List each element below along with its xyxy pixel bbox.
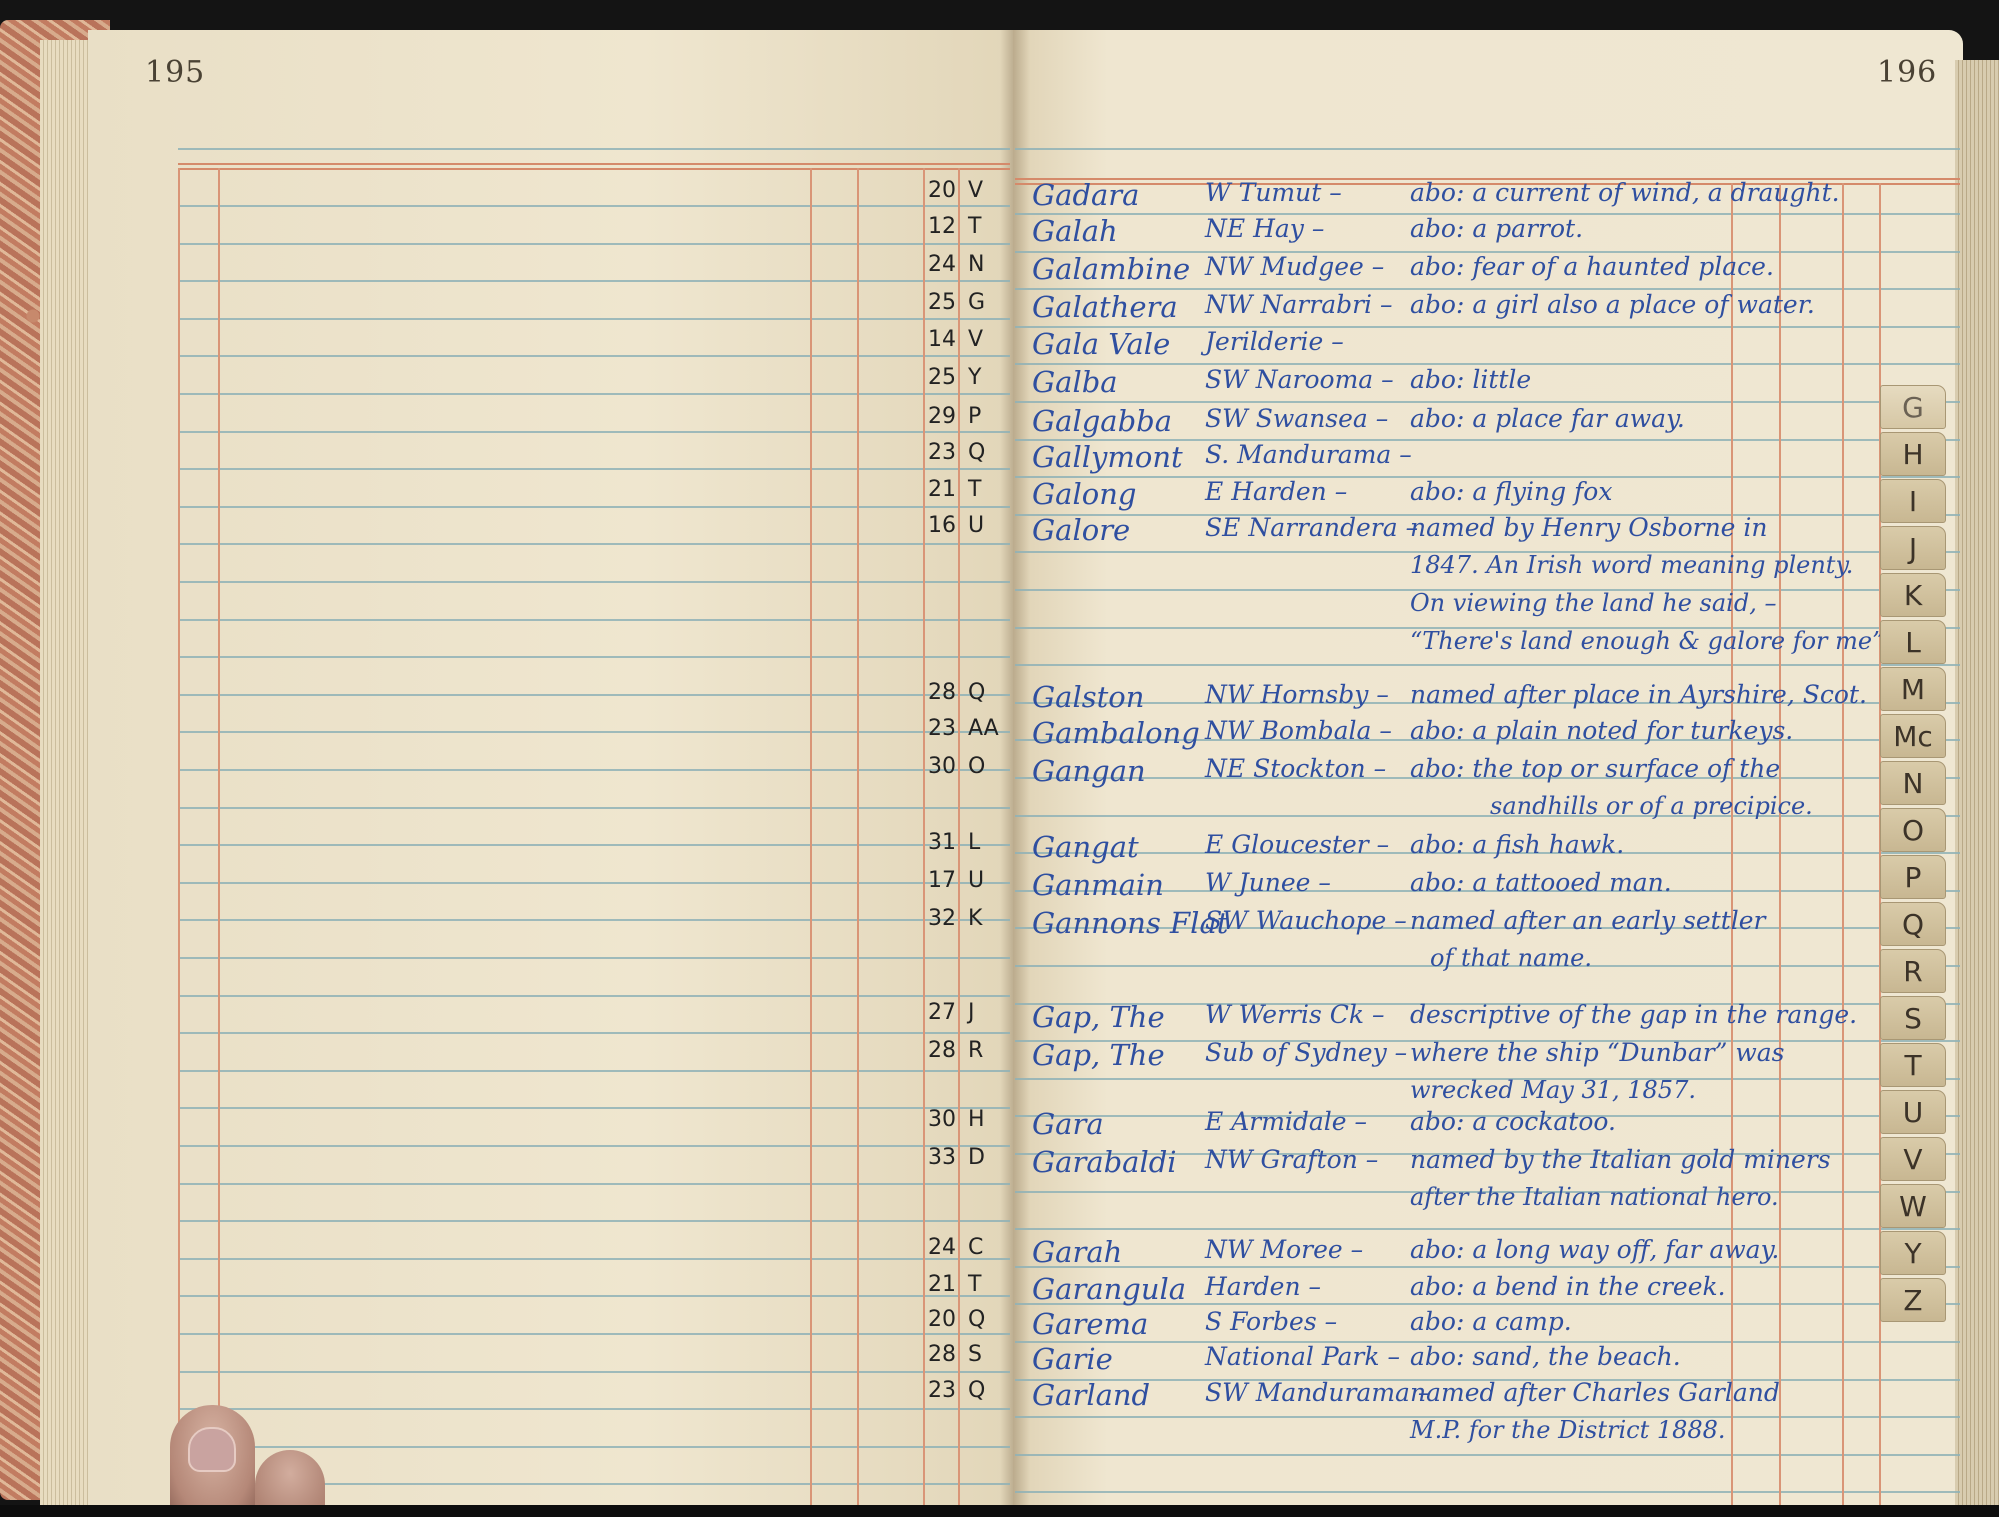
place-meaning: where the ship “Dunbar” was <box>1410 1038 1785 1067</box>
meaning-continuation: 1847. An Irish word meaning plenty. <box>1410 551 1853 579</box>
ruled-line-left <box>178 581 1010 583</box>
right-page-number: 196 <box>1877 55 1937 90</box>
ruled-line-left <box>178 1446 1010 1448</box>
thumbnail-nail <box>188 1427 236 1472</box>
entry-page-number: 28 <box>928 1038 956 1063</box>
entry-grid-letter: V <box>968 178 983 203</box>
entry-page-number: 32 <box>928 906 956 931</box>
entry-page-number: 33 <box>928 1145 956 1170</box>
place-location: S Forbes – <box>1205 1307 1337 1336</box>
index-tab-p[interactable]: P <box>1880 855 1946 899</box>
place-location: SW Mandurama – <box>1205 1378 1430 1407</box>
place-meaning: abo: a tattooed man. <box>1410 868 1672 897</box>
entry-grid-letter: T <box>968 214 981 239</box>
index-tab-z[interactable]: Z <box>1880 1278 1946 1322</box>
entry-grid-letter: O <box>968 754 985 779</box>
entry-grid-letter: T <box>968 477 981 502</box>
place-meaning: named after an early settler <box>1410 906 1765 935</box>
place-meaning: descriptive of the gap in the range. <box>1410 1000 1857 1029</box>
ruled-line-right <box>1015 664 1960 666</box>
place-name: Ganmain <box>1032 868 1164 902</box>
place-meaning: abo: a bend in the creek. <box>1410 1272 1726 1301</box>
index-tab-w[interactable]: W <box>1880 1184 1946 1228</box>
meaning-continuation: wrecked May 31, 1857. <box>1410 1076 1696 1104</box>
entry-grid-letter: G <box>968 290 985 315</box>
place-name: Garah <box>1032 1235 1122 1269</box>
index-tab-u[interactable]: U <box>1880 1090 1946 1134</box>
ruled-line-left <box>178 807 1010 809</box>
entry-grid-letter: AA <box>968 716 999 741</box>
entry-grid-letter: U <box>968 868 984 893</box>
place-meaning: abo: a parrot. <box>1410 214 1583 243</box>
place-location: W Tumut – <box>1205 178 1342 207</box>
ruled-line-right <box>1015 1228 1960 1230</box>
entry-grid-letter: V <box>968 327 983 352</box>
index-tab-h[interactable]: H <box>1880 432 1946 476</box>
ruled-line-left <box>178 656 1010 658</box>
entry-grid-letter: H <box>968 1107 985 1132</box>
index-tab-r[interactable]: R <box>1880 949 1946 993</box>
place-name: Gangat <box>1032 830 1139 864</box>
entry-page-number: 30 <box>928 1107 956 1132</box>
ledger-entry: 25GGalatheraNW Narrabri –abo: a girl als… <box>0 290 1999 330</box>
ledger-entry: 27JGap, TheW Werris Ck –descriptive of t… <box>0 1000 1999 1040</box>
place-location: W Junee – <box>1205 868 1331 897</box>
entry-page-number: 30 <box>928 754 956 779</box>
index-tab-i[interactable]: I <box>1880 479 1946 523</box>
place-location: W Werris Ck – <box>1205 1000 1385 1029</box>
entry-grid-letter: Q <box>968 680 985 705</box>
entry-page-number: 23 <box>928 1378 956 1403</box>
index-tab-k[interactable]: K <box>1880 573 1946 617</box>
index-tab-g[interactable]: G <box>1880 385 1946 429</box>
place-name: Garland <box>1032 1378 1150 1412</box>
entry-page-number: 31 <box>928 830 956 855</box>
entry-page-number: 21 <box>928 1272 956 1297</box>
left-page-number: 195 <box>145 55 205 90</box>
ledger-entry: 20QGaremaS Forbes –abo: a camp. <box>0 1307 1999 1347</box>
place-location: NE Stockton – <box>1205 754 1386 783</box>
ledger-entry: 28RGap, TheSub of Sydney –where the ship… <box>0 1038 1999 1078</box>
entry-page-number: 24 <box>928 252 956 277</box>
thumb <box>170 1405 255 1517</box>
ruled-line-right <box>1015 1454 1960 1456</box>
entry-page-number: 25 <box>928 290 956 315</box>
entry-page-number: 17 <box>928 868 956 893</box>
meaning-continuation: On viewing the land he said, – <box>1410 589 1776 617</box>
ledger-entry: 20VGadaraW Tumut –abo: a current of wind… <box>0 178 1999 218</box>
place-meaning: abo: little <box>1410 365 1531 394</box>
place-location: NW Bombala – <box>1205 716 1392 745</box>
place-location: NW Mudgee – <box>1205 252 1384 281</box>
place-name: Gala Vale <box>1032 327 1170 361</box>
place-location: NE Hay – <box>1205 214 1324 243</box>
place-location: E Harden – <box>1205 477 1347 506</box>
place-location: Harden – <box>1205 1272 1321 1301</box>
entry-grid-letter: K <box>968 906 982 931</box>
place-name: Garie <box>1032 1342 1113 1376</box>
header-rule-red-left-2 <box>178 168 1010 170</box>
ledger-entry: 33DGarabaldiNW Grafton –named by the Ita… <box>0 1145 1999 1185</box>
place-meaning: abo: a current of wind, a draught. <box>1410 178 1840 207</box>
place-location: SE Narrandera – <box>1205 513 1418 542</box>
ledger-entry: 30HGaraE Armidale –abo: a cockatoo. <box>0 1107 1999 1147</box>
place-meaning: abo: a fish hawk. <box>1410 830 1624 859</box>
place-location: National Park – <box>1205 1342 1400 1371</box>
place-name: Garangula <box>1032 1272 1186 1306</box>
ledger-entry: 12TGalahNE Hay –abo: a parrot. <box>0 214 1999 254</box>
entry-grid-letter: S <box>968 1342 982 1367</box>
index-tab-j[interactable]: J <box>1880 526 1946 570</box>
index-tab-v[interactable]: V <box>1880 1137 1946 1181</box>
header-rule-red-left <box>178 163 1010 165</box>
place-location: NW Moree – <box>1205 1235 1363 1264</box>
place-name: Galah <box>1032 214 1118 248</box>
meaning-continuation: of that name. <box>1430 944 1592 972</box>
place-name: Gap, The <box>1032 1038 1165 1072</box>
place-location: NW Grafton – <box>1205 1145 1378 1174</box>
place-name: Gap, The <box>1032 1000 1165 1034</box>
place-name: Gangan <box>1032 754 1146 788</box>
meaning-continuation: after the Italian national hero. <box>1410 1183 1779 1211</box>
ruled-line-left <box>178 619 1010 621</box>
ledger-entry: 23QGallymontS. Mandurama – <box>0 440 1999 480</box>
entry-grid-letter: D <box>968 1145 985 1170</box>
entry-grid-letter: P <box>968 404 981 429</box>
place-name: Gambalong <box>1032 716 1200 750</box>
place-name: Galong <box>1032 477 1136 511</box>
index-tab-t[interactable]: T <box>1880 1043 1946 1087</box>
place-location: SW Narooma – <box>1205 365 1394 394</box>
entry-page-number: 20 <box>928 1307 956 1332</box>
entry-page-number: 25 <box>928 365 956 390</box>
place-location: Sub of Sydney – <box>1205 1038 1407 1067</box>
place-name: Garema <box>1032 1307 1148 1341</box>
place-location: E Gloucester – <box>1205 830 1389 859</box>
ledger-entry: 32KGannons FlatSW Wauchope –named after … <box>0 906 1999 946</box>
place-name: Galston <box>1032 680 1144 714</box>
place-location: NW Hornsby – <box>1205 680 1389 709</box>
entry-grid-letter: U <box>968 513 984 538</box>
place-location: Jerilderie – <box>1205 327 1344 356</box>
entry-grid-letter: T <box>968 1272 981 1297</box>
ledger-entry: 24NGalambineNW Mudgee –abo: fear of a ha… <box>0 252 1999 292</box>
ruled-line-left <box>178 957 1010 959</box>
ledger-entry: 23AAGambalongNW Bombala –abo: a plain no… <box>0 716 1999 756</box>
place-meaning: abo: a flying fox <box>1410 477 1612 506</box>
ledger-entry: 31LGangatE Gloucester –abo: a fish hawk. <box>0 830 1999 870</box>
entry-grid-letter: Q <box>968 440 985 465</box>
header-rule-blue-right <box>1015 148 1960 150</box>
place-location: NW Narrabri – <box>1205 290 1393 319</box>
entry-page-number: 29 <box>928 404 956 429</box>
meaning-continuation: “There's land enough & galore for me” <box>1410 627 1884 655</box>
ledger-entry: 30OGanganNE Stockton –abo: the top or su… <box>0 754 1999 794</box>
ledger-entry: 23QGarlandSW Mandurama –named after Char… <box>0 1378 1999 1418</box>
place-meaning: abo: the top or surface of the <box>1410 754 1780 783</box>
entry-grid-letter: L <box>968 830 980 855</box>
ledger-entry: 17UGanmainW Junee –abo: a tattooed man. <box>0 868 1999 908</box>
entry-grid-letter: N <box>968 252 984 277</box>
index-tab-q[interactable]: Q <box>1880 902 1946 946</box>
meaning-continuation: sandhills or of a precipice. <box>1490 792 1813 820</box>
ledger-entry: 21TGarangulaHarden –abo: a bend in the c… <box>0 1272 1999 1312</box>
ledger-entry: 14VGala ValeJerilderie – <box>0 327 1999 367</box>
place-location: S. Mandurama – <box>1205 440 1412 469</box>
place-name: Galba <box>1032 365 1118 399</box>
place-meaning: abo: a long way off, far away. <box>1410 1235 1779 1264</box>
place-meaning: named after place in Ayrshire, Scot. <box>1410 680 1867 709</box>
entry-page-number: 12 <box>928 214 956 239</box>
place-location: SW Swansea – <box>1205 404 1388 433</box>
entry-grid-letter: J <box>968 1000 975 1025</box>
index-tab-mc[interactable]: Mc <box>1880 714 1946 758</box>
ledger-entry: 25YGalbaSW Narooma –abo: little <box>0 365 1999 405</box>
place-meaning: named by Henry Osborne in <box>1410 513 1768 542</box>
entry-grid-letter: Y <box>968 365 981 390</box>
ruled-line-left <box>178 1220 1010 1222</box>
place-location: SW Wauchope – <box>1205 906 1407 935</box>
place-meaning: named after Charles Garland <box>1410 1378 1780 1407</box>
index-tab-s[interactable]: S <box>1880 996 1946 1040</box>
place-meaning: abo: sand, the beach. <box>1410 1342 1681 1371</box>
header-rule-blue-left <box>178 148 1010 150</box>
entry-page-number: 23 <box>928 716 956 741</box>
ledger-entry: 24CGarahNW Moree –abo: a long way off, f… <box>0 1235 1999 1275</box>
ledger-entry: 16UGaloreSE Narrandera –named by Henry O… <box>0 513 1999 553</box>
entry-page-number: 21 <box>928 477 956 502</box>
index-tab-l[interactable]: L <box>1880 620 1946 664</box>
entry-grid-letter: R <box>968 1038 983 1063</box>
entry-page-number: 20 <box>928 178 956 203</box>
place-name: Gallymont <box>1032 440 1183 474</box>
ruled-line-right <box>1015 815 1960 817</box>
entry-page-number: 28 <box>928 680 956 705</box>
entry-page-number: 16 <box>928 513 956 538</box>
ledger-entry: 28QGalstonNW Hornsby –named after place … <box>0 680 1999 720</box>
index-tab-o[interactable]: O <box>1880 808 1946 852</box>
bottom-shadow <box>0 1505 1999 1517</box>
alphabet-index-tabs: GHIJKLMMcNOPQRSTUVWYZ <box>1880 385 1952 1325</box>
ledger-entry: 21TGalongE Harden –abo: a flying fox <box>0 477 1999 517</box>
place-name: Gara <box>1032 1107 1104 1141</box>
index-tab-n[interactable]: N <box>1880 761 1946 805</box>
ruled-line-left <box>178 995 1010 997</box>
place-name: Galathera <box>1032 290 1178 324</box>
entry-page-number: 27 <box>928 1000 956 1025</box>
place-name: Garabaldi <box>1032 1145 1177 1179</box>
place-meaning: abo: a camp. <box>1410 1307 1572 1336</box>
place-meaning: named by the Italian gold miners <box>1410 1145 1831 1174</box>
entry-page-number: 14 <box>928 327 956 352</box>
entry-page-number: 24 <box>928 1235 956 1260</box>
place-name: Galambine <box>1032 252 1190 286</box>
entry-grid-letter: C <box>968 1235 983 1260</box>
place-meaning: abo: a girl also a place of water. <box>1410 290 1815 319</box>
index-tab-m[interactable]: M <box>1880 667 1946 711</box>
entry-grid-letter: Q <box>968 1378 985 1403</box>
meaning-continuation: M.P. for the District 1888. <box>1410 1416 1726 1444</box>
place-meaning: abo: a place far away. <box>1410 404 1685 433</box>
entry-page-number: 23 <box>928 440 956 465</box>
ruled-line-right <box>1015 1491 1960 1493</box>
place-name: Gadara <box>1032 178 1139 212</box>
place-name: Gannons Flat <box>1032 906 1228 940</box>
place-name: Galgabba <box>1032 404 1172 438</box>
ledger-entry: 29PGalgabbaSW Swansea –abo: a place far … <box>0 404 1999 444</box>
index-tab-y[interactable]: Y <box>1880 1231 1946 1275</box>
place-location: E Armidale – <box>1205 1107 1367 1136</box>
place-meaning: abo: fear of a haunted place. <box>1410 252 1774 281</box>
place-meaning: abo: a plain noted for turkeys. <box>1410 716 1793 745</box>
entry-page-number: 28 <box>928 1342 956 1367</box>
place-name: Galore <box>1032 513 1130 547</box>
entry-grid-letter: Q <box>968 1307 985 1332</box>
ledger-entry: 28SGarieNational Park –abo: sand, the be… <box>0 1342 1999 1382</box>
place-meaning: abo: a cockatoo. <box>1410 1107 1616 1136</box>
